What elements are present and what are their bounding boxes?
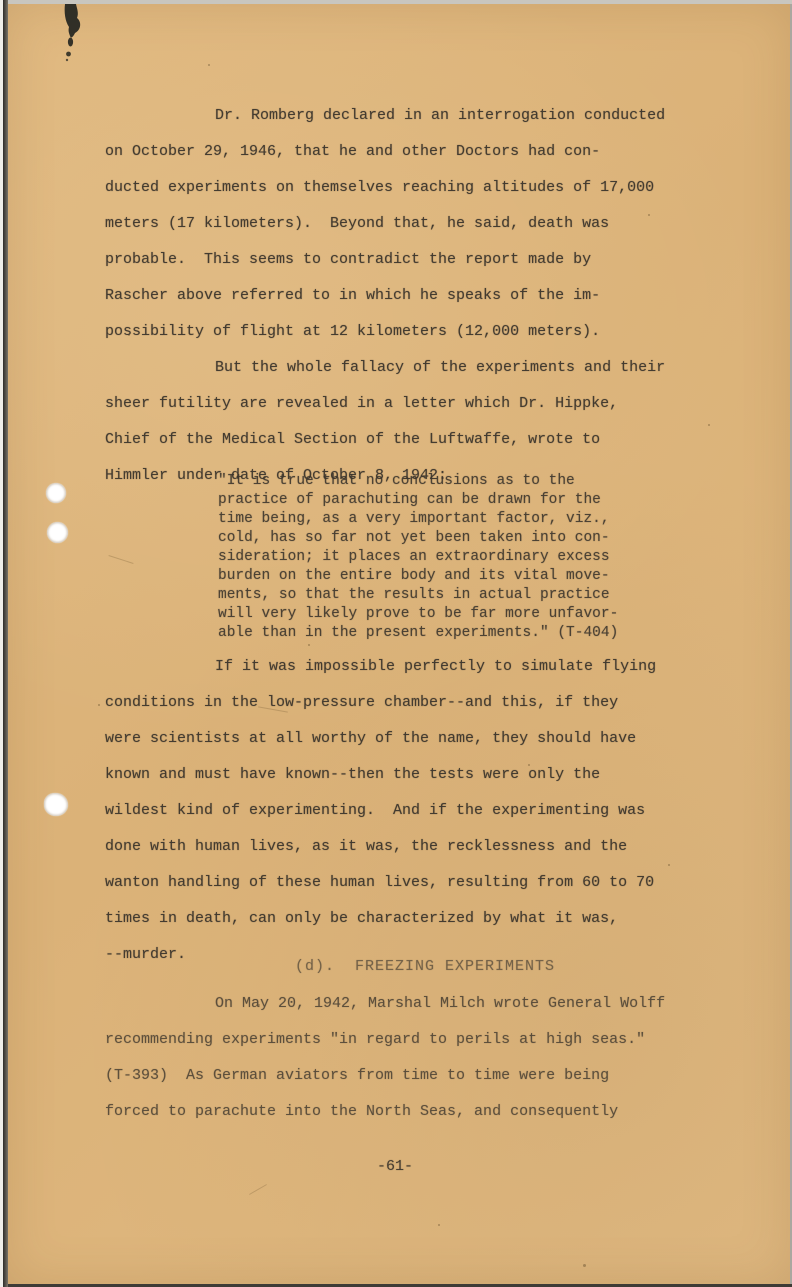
punch-hole	[46, 483, 66, 503]
punch-hole	[44, 793, 68, 816]
text-line: Rascher above referred to in which he sp…	[105, 278, 735, 314]
text-line: ments, so that the results in actual pra…	[218, 586, 735, 605]
paper-speck	[438, 1224, 440, 1226]
paper-speck	[98, 704, 100, 706]
text-line: ducted experiments on themselves reachin…	[105, 170, 735, 206]
paper-speck	[583, 1264, 586, 1267]
paragraph-altitude-experiments: Dr. Romberg declared in an interrogation…	[105, 98, 735, 350]
paper-fiber	[249, 1184, 267, 1195]
text-line: On May 20, 1942, Marshal Milch wrote Gen…	[105, 986, 735, 1022]
punch-hole	[47, 522, 68, 543]
blockquote-hippke-letter: "It is true that no conclusions as to th…	[218, 472, 735, 643]
text-line: conditions in the low-pressure chamber--…	[105, 685, 735, 721]
paragraph-murder-conclusion: If it was impossible perfectly to simula…	[105, 649, 735, 973]
paper-page: Dr. Romberg declared in an interrogation…	[8, 4, 790, 1284]
text-line: Dr. Romberg declared in an interrogation…	[105, 98, 735, 134]
ink-blot	[56, 4, 86, 66]
text-line: Chief of the Medical Section of the Luft…	[105, 422, 735, 458]
paper-speck	[208, 64, 210, 66]
text-line: will very likely prove to be far more un…	[218, 605, 735, 624]
text-line: done with human lives, as it was, the re…	[105, 829, 735, 865]
text-line: recommending experiments "in regard to p…	[105, 1022, 735, 1058]
text-line: wanton handling of these human lives, re…	[105, 865, 735, 901]
text-line: burden on the entire body and its vital …	[218, 567, 735, 586]
text-line: time being, as a very important factor, …	[218, 510, 735, 529]
text-line: forced to parachute into the North Seas,…	[105, 1094, 735, 1130]
text-line: But the whole fallacy of the experiments…	[105, 350, 735, 386]
page-number-row: -61-	[105, 1149, 735, 1185]
section-heading-freezing-experiments: (d). FREEZING EXPERIMENTS	[295, 949, 735, 985]
text-line: sheer futility are revealed in a letter …	[105, 386, 735, 422]
text-line: times in death, can only be characterize…	[105, 901, 735, 937]
text-line: known and must have known--then the test…	[105, 757, 735, 793]
paragraph-milch-letter: On May 20, 1942, Marshal Milch wrote Gen…	[105, 986, 735, 1130]
text-line: sideration; it places an extraordinary e…	[218, 548, 735, 567]
section-heading-row: (d). FREEZING EXPERIMENTS	[105, 949, 735, 985]
text-line: "It is true that no conclusions as to th…	[218, 472, 735, 491]
text-line: on October 29, 1946, that he and other D…	[105, 134, 735, 170]
page-number: -61-	[377, 1149, 735, 1185]
text-line: cold, has so far not yet been taken into…	[218, 529, 735, 548]
text-line: (T-393) As German aviators from time to …	[105, 1058, 735, 1094]
typed-text-block: Dr. Romberg declared in an interrogation…	[105, 98, 735, 1185]
text-line: probable. This seems to contradict the r…	[105, 242, 735, 278]
text-line: If it was impossible perfectly to simula…	[105, 649, 735, 685]
text-line: were scientists at all worthy of the nam…	[105, 721, 735, 757]
text-line: able than in the present experiments." (…	[218, 624, 735, 643]
text-line: wildest kind of experimenting. And if th…	[105, 793, 735, 829]
text-line: meters (17 kilometers). Beyond that, he …	[105, 206, 735, 242]
text-line: possibility of flight at 12 kilometers (…	[105, 314, 735, 350]
text-line: practice of parachuting can be drawn for…	[218, 491, 735, 510]
scanned-document: { "doc": { "p1": { "lines": [ "Dr. Rombe…	[0, 0, 792, 1287]
